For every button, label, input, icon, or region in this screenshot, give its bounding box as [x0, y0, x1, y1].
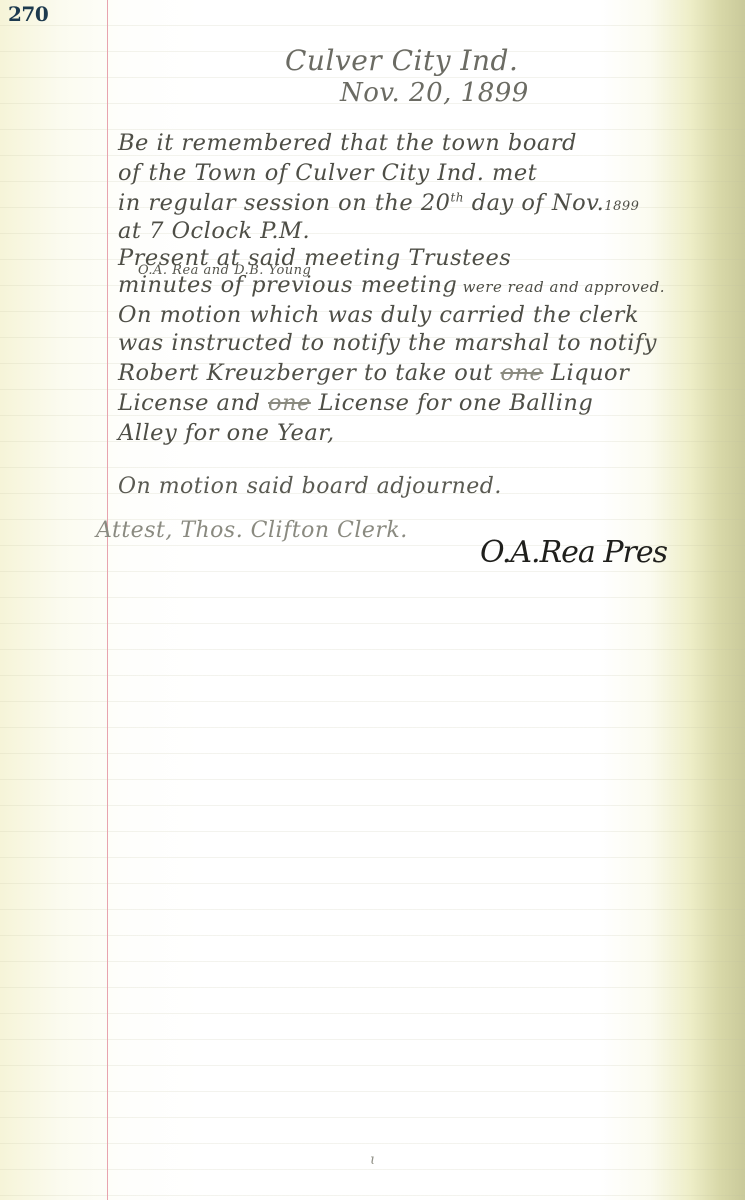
- ordinal-suffix: th: [450, 191, 464, 205]
- minutes-line-9-tail: Liquor: [543, 360, 629, 386]
- heading-date: Nov. 20, 1899: [340, 78, 529, 108]
- minutes-line-11: Alley for one Year,: [118, 420, 335, 446]
- minutes-line-6-text: minutes of previous meeting: [118, 272, 457, 298]
- attest-line: Attest, Thos. Clifton Clerk.: [96, 518, 408, 543]
- minutes-line-6: minutes of previous meeting were read an…: [118, 272, 665, 298]
- stray-ink-mark: ɩ: [370, 1152, 376, 1168]
- minutes-line-9-text: Robert Kreuzberger to take out: [118, 360, 501, 386]
- adjournment-line: On motion said board adjourned.: [118, 474, 502, 499]
- minutes-line-8: was instructed to notify the marshal to …: [118, 330, 657, 356]
- minutes-line-3-text: in regular session on the 20: [118, 190, 450, 216]
- president-signature: O.A.Rea Pres: [480, 535, 667, 570]
- minutes-line-10-start: License and: [118, 390, 268, 416]
- struck-word: one: [268, 390, 311, 416]
- minutes-line-2: of the Town of Culver City Ind. met: [118, 160, 537, 186]
- minutes-line-3-tail: day of Nov.: [464, 190, 604, 216]
- minutes-line-10-tail: License for one Balling: [311, 390, 593, 416]
- struck-word: one: [501, 360, 544, 386]
- heading-place: Culver City Ind.: [285, 44, 518, 77]
- minutes-line-4: at 7 Oclock P.M.: [118, 218, 310, 244]
- minutes-line-7: On motion which was duly carried the cle…: [118, 302, 639, 328]
- minutes-line-3: in regular session on the 20th day of No…: [118, 190, 639, 216]
- minutes-line-10: License and one License for one Balling: [118, 390, 593, 416]
- page-number: 270: [8, 2, 48, 26]
- minutes-line-3-year: 1899: [604, 199, 639, 214]
- margin-line: [107, 0, 108, 1200]
- ledger-page: 270 Culver City Ind. Nov. 20, 1899 Be it…: [0, 0, 745, 1200]
- minutes-line-6-tail: were read and approved.: [457, 278, 665, 296]
- minutes-line-9: Robert Kreuzberger to take out one Liquo…: [118, 360, 629, 386]
- minutes-line-1: Be it remembered that the town board: [118, 130, 577, 156]
